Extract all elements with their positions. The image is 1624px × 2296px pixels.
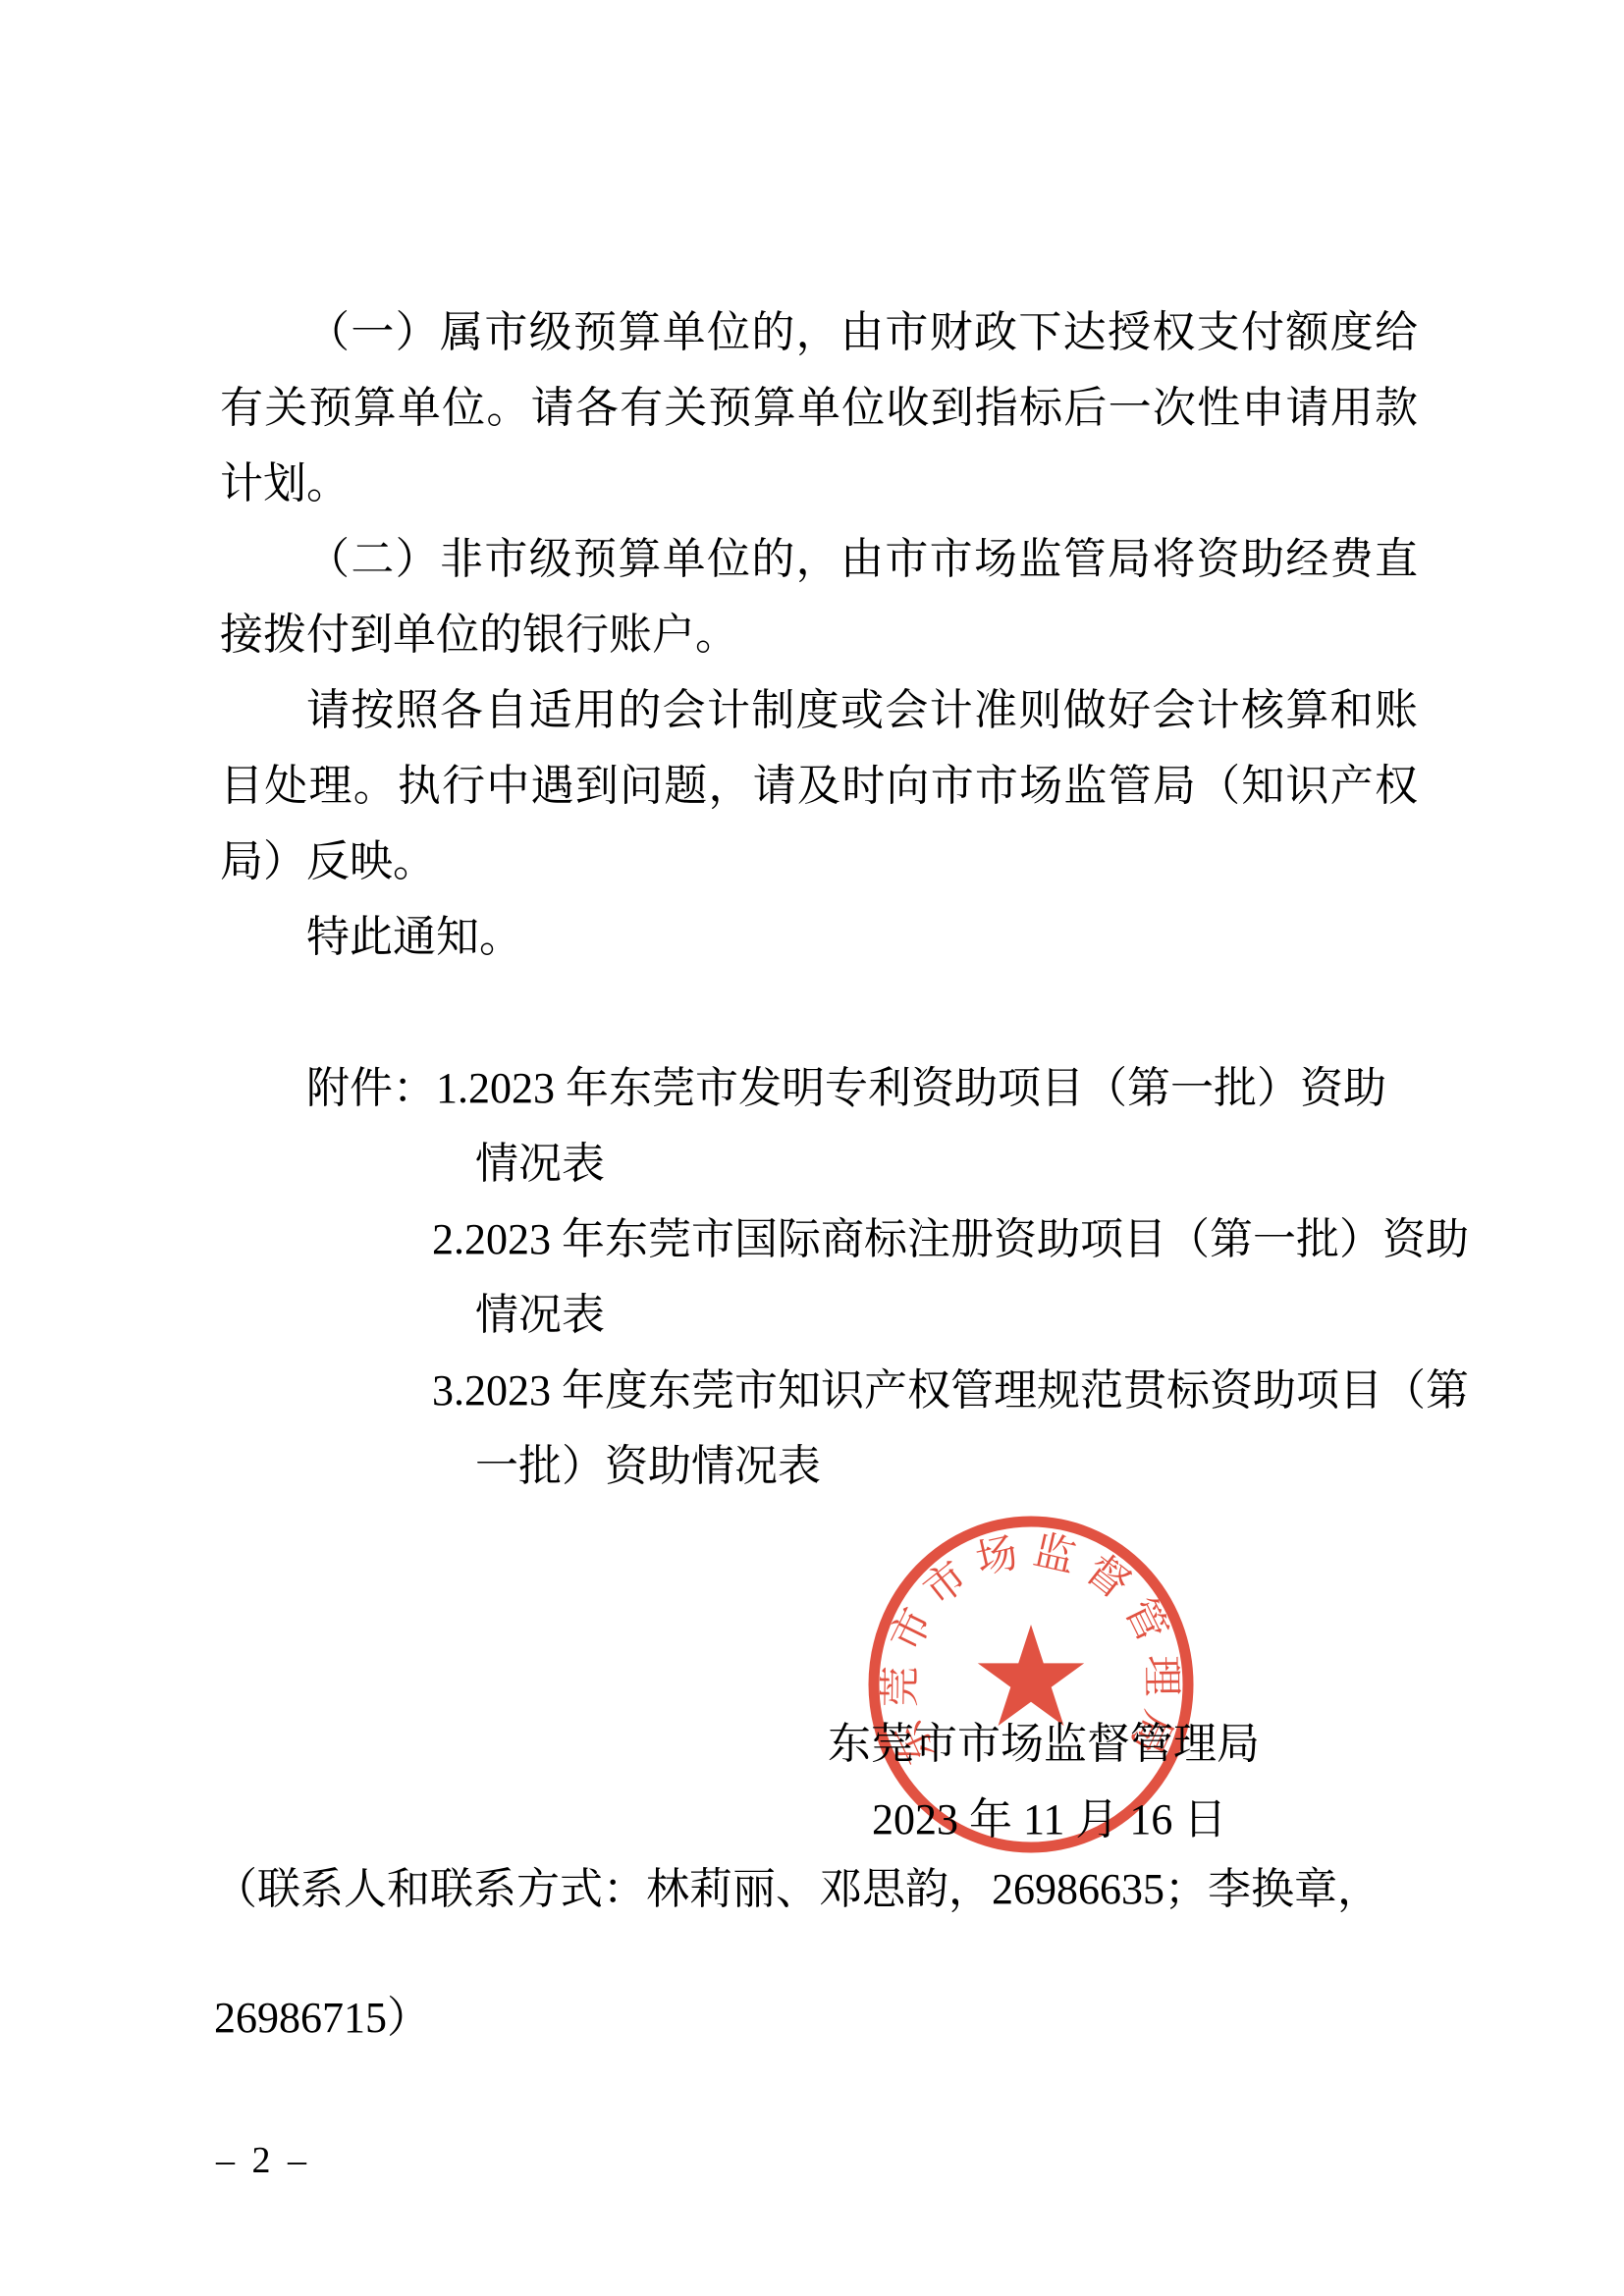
signature-date: 2023 年 11 月 16 日 <box>872 1794 1226 1845</box>
attachment-line: 3.2023 年度东莞市知识产权管理规范贯标资助项目（第 <box>220 1353 1418 1428</box>
attachment-line: 情况表 <box>220 1126 1418 1201</box>
attachment-line: 情况表 <box>220 1277 1418 1353</box>
body-line: 接拨付到单位的银行账户。 <box>220 597 1418 672</box>
body-line: （一）属市级预算单位的，由市财政下达授权支付额度给 <box>220 294 1418 370</box>
page-number: – 2 – <box>216 2138 310 2183</box>
body-line: （二）非市级预算单位的，由市市场监管局将资助经费直 <box>220 521 1418 597</box>
body-line: 请按照各自适用的会计制度或会计准则做好会计核算和账 <box>220 672 1418 748</box>
body-line: 局）反映。 <box>220 824 1418 899</box>
blank-line <box>220 975 1418 1050</box>
body-text-block: （一）属市级预算单位的，由市财政下达授权支付额度给 有关预算单位。请各有关预算单… <box>220 294 1418 1504</box>
attachment-label-line: 附件：1.2023 年东莞市发明专利资助项目（第一批）资助 <box>220 1050 1418 1126</box>
document-page: （一）属市级预算单位的，由市财政下达授权支付额度给 有关预算单位。请各有关预算单… <box>0 0 1624 2296</box>
body-line: 目处理。执行中遇到问题，请及时向市市场监管局（知识产权 <box>220 748 1418 824</box>
signature-organization: 东莞市市场监督管理局 <box>828 1719 1260 1770</box>
body-line: 计划。 <box>220 446 1418 521</box>
contact-line: （联系人和联系方式：林莉丽、邓思韵，26986635；李换章， <box>214 1864 1380 1915</box>
body-line: 有关预算单位。请各有关预算单位收到指标后一次性申请用款 <box>220 370 1418 446</box>
body-line: 特此通知。 <box>220 899 1418 975</box>
contact-line: 26986715） <box>214 1993 430 2044</box>
attachment-line: 一批）资助情况表 <box>220 1428 1418 1504</box>
seal-star <box>978 1625 1084 1726</box>
attachment-line: 2.2023 年东莞市国际商标注册资助项目（第一批）资助 <box>220 1201 1418 1277</box>
